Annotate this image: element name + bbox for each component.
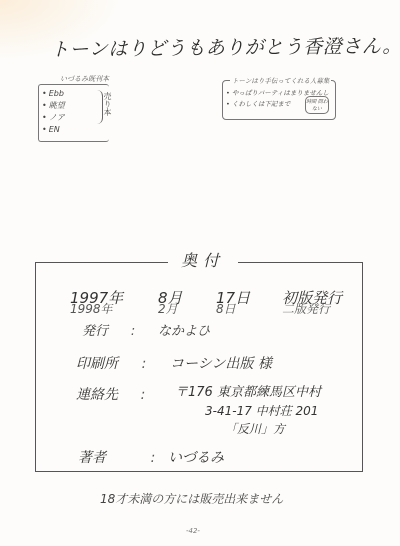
edition-label: 二版発行 — [282, 302, 330, 316]
back-catalog-item: Ebb — [42, 88, 65, 100]
recruit-badge: 時間 問わない — [305, 96, 329, 114]
thanks-message: トーンはりどうもありがとう香澄さん。 — [50, 31, 400, 62]
author-label: 著者 — [78, 447, 138, 467]
separator: : — [118, 387, 168, 403]
page-number: -42- — [186, 527, 200, 535]
publisher-row: 発行:なかよひ — [82, 320, 210, 339]
address-line: 〒176 東京都練馬区中村 — [175, 384, 321, 402]
edition-month: 2月 — [158, 300, 216, 317]
contact-address: 〒176 東京都練馬区中村 3-41-17 中村荘 201 「反川」方 — [175, 384, 321, 438]
contact-label: 連絡先 — [76, 384, 118, 404]
edition-year: 1998年 — [70, 300, 158, 317]
publisher-value: なかよひ — [158, 324, 210, 339]
back-catalog-list: Ebb 眺望 ノア EN — [42, 88, 65, 136]
edition-day: 8日 — [216, 300, 282, 317]
author-value: いづるみ — [168, 450, 224, 466]
back-catalog-item: ノア — [42, 112, 65, 124]
age-restriction-notice: 18才未満の方には販売出来ません — [100, 490, 283, 507]
printer-value: コーシン出版 様 — [170, 356, 272, 372]
separator: : — [118, 356, 170, 372]
address-line: 「反川」方 — [225, 420, 321, 438]
separator: : — [138, 450, 168, 466]
recruit-title: トーンはり手伝ってくれる人募集 — [230, 76, 331, 85]
contact-row: 連絡先: — [76, 384, 168, 404]
address-line: 3-41-17 中村荘 201 — [205, 402, 321, 420]
printer-label: 印刷所 — [76, 353, 118, 373]
edition-row-second: 1998年2月8日二版発行 — [70, 300, 330, 317]
publisher-label: 発行 — [82, 320, 108, 339]
author-row: 著者:いづるみ — [78, 447, 224, 467]
back-catalog-title: いづるみ既刊本 — [60, 74, 109, 84]
back-catalog-side-label: 売り本 — [102, 92, 113, 116]
printer-row: 印刷所:コーシン出版 様 — [76, 353, 272, 373]
separator: : — [108, 324, 158, 339]
back-catalog-item: EN — [42, 124, 65, 136]
back-catalog-item: 眺望 — [42, 100, 65, 112]
colophon-title: 奥付 — [168, 248, 238, 271]
